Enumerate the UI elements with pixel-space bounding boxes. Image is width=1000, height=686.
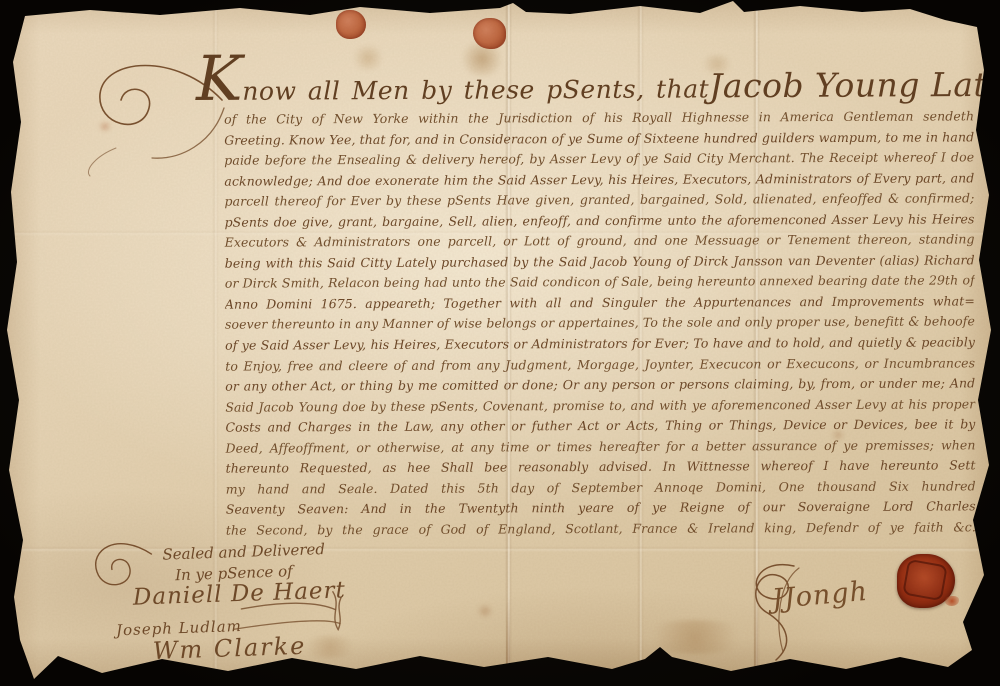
manuscript-line: or any other Act, or thing by me comitte… [225,373,975,397]
heading-initial: K [196,50,243,108]
heading-line: K now all Men by these pSents, that Jaco… [196,46,976,112]
wax-seal-remnant-icon [473,18,506,49]
wax-crumb [945,596,959,606]
heading-text: now all Men by these pSents, that [242,74,709,105]
foxing-spot [640,620,750,654]
wax-seal-impression [902,559,948,601]
witness-signature: Daniell De Haert [132,577,346,610]
horizontal-fold-crease [10,546,990,552]
attestation-line: Sealed and Delivered [162,540,325,564]
red-wax-seal-icon [897,554,955,608]
deed-body-text: of the City of New Yorke within the Juri… [224,106,976,541]
manuscript-line: paide before the Ensealing & delivery he… [224,147,974,171]
foxing-spot [98,122,112,131]
grantor-signature: JJongh [771,576,869,615]
manuscript-line: Costs and Charges in the Law, any other … [225,415,975,439]
wax-seal-remnant-icon [336,10,366,39]
manuscript-line: of the City of New Yorke within the Juri… [224,106,974,130]
heading-name: Jacob Young Late of [709,65,1000,106]
foxing-spot [476,605,494,617]
photograph-background: K now all Men by these pSents, that Jaco… [0,0,1000,686]
witness-signature: Wm Clarke [152,632,307,665]
manuscript-paper: K now all Men by these pSents, that Jaco… [0,0,1000,686]
foxing-spot [300,636,360,658]
manuscript-line: parcell thereof for Ever by these pSents… [224,189,974,213]
manuscript-line: the Second, by the grace of God of Engla… [226,517,976,541]
manuscript-line: of ye Said Asser Levy, his Heires, Execu… [225,332,975,356]
